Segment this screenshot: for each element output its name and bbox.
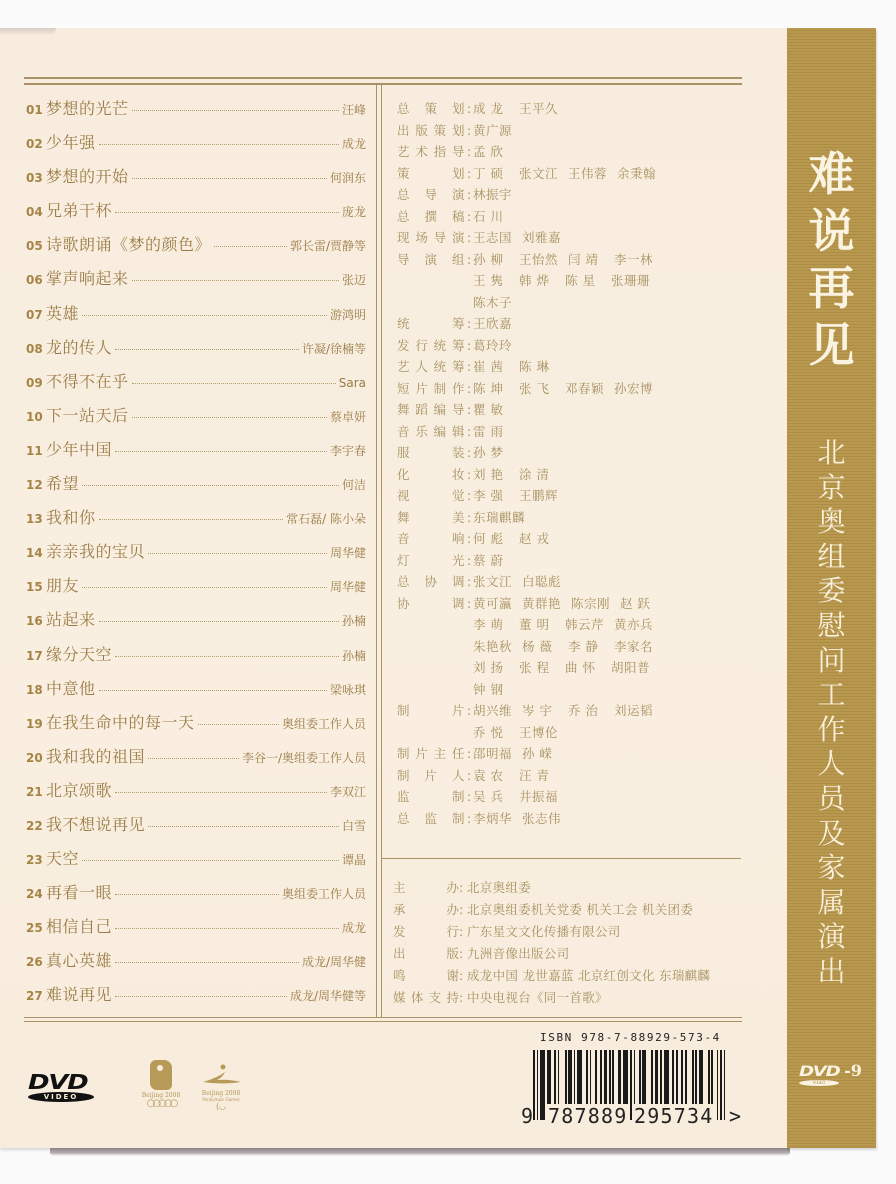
credit-role: 总撰稿 [397,206,467,228]
credit-name: 刘运韬 [614,700,653,722]
sponsor-role: 鸣谢 [393,965,459,987]
credit-names: 孙 梦 [471,442,519,464]
spine-subtitle-char: 委 [787,574,876,609]
track-title: 天空 [46,846,79,869]
track-title: 龙的传人 [46,335,112,358]
track-row[interactable]: 19在我生命中的每一天奥组委工作人员 [26,710,366,744]
beijing-2008-paralympic-logo: Beijing 2008 Paralympic Games (◡ [195,1064,247,1120]
barcode-left-digits: 787889 [547,1104,628,1128]
credit-name: 余秉翰 [617,163,656,185]
track-row[interactable]: 13我和你常石磊/ 陈小朵 [26,505,366,539]
track-title: 中意他 [46,676,96,699]
credit-names: 孙 柳王怡然闫 靖李一林 [471,249,663,271]
sponsor-colon: : [459,877,467,899]
credit-row: 制片:胡兴维岑 宇乔 治刘运韬 [397,700,742,722]
track-number: 01 [26,103,46,117]
track-row[interactable]: 06掌声响起来张迈 [26,266,366,300]
track-number: 02 [26,137,46,151]
credit-row: 王 隽韩 烨陈 星张珊珊 [397,270,742,292]
track-artist: 谭晶 [342,851,366,868]
track-number: 21 [26,785,46,799]
credit-row: 音乐编辑:雷 雨 [397,421,742,443]
track-number: 17 [26,649,46,663]
track-number: 23 [26,853,46,867]
track-row[interactable]: 17缘分天空孙楠 [26,642,366,676]
track-number: 18 [26,683,46,697]
credit-names: 东瑞麒麟 [471,507,535,529]
credit-name: 赵 跃 [620,593,656,615]
credit-row: 化妆:刘 艳涂 清 [397,464,742,486]
top-rule [24,83,742,85]
credit-row: 钟 钢 [397,679,742,701]
track-row[interactable]: 18中意他梁咏琪 [26,676,366,710]
track-row[interactable]: 03梦想的开始何润东 [26,164,366,198]
track-artist: 张迈 [342,271,366,288]
credit-name: 刘雅嘉 [522,227,561,249]
credit-role: 协调 [397,593,467,615]
credit-row: 制片主任:邵明福孙 嵘 [397,743,742,765]
credit-role: 制片主任 [397,743,467,765]
track-row[interactable]: 07英雄游鸿明 [26,301,366,335]
sponsor-colon: : [459,943,467,965]
credit-row: 总策划:成 龙王平久 [397,98,742,120]
spine-subtitle-char: 演 [787,920,876,955]
track-artist: Sara [339,376,366,390]
paralympic-caption: Beijing 2008 [195,1090,247,1097]
credit-name: 曲 怀 [565,657,601,679]
credit-row: 短片制作:陈 坤张 飞邓春颖孙宏博 [397,378,742,400]
track-row[interactable]: 09不得不在乎Sara [26,369,366,403]
credit-names: 崔 茜陈 琳 [471,356,565,378]
credit-name: 张文江 [473,571,512,593]
credit-name: 李家名 [614,636,653,658]
credit-names: 钟 钢 [471,679,519,701]
credit-name: 邓春颖 [565,378,604,400]
track-number: 06 [26,273,46,287]
credit-role [397,657,467,679]
credit-role: 艺人统筹 [397,356,467,378]
track-number: 24 [26,887,46,901]
dot-leader [99,690,327,691]
track-row[interactable]: 11少年中国李宇春 [26,437,366,471]
credit-name: 张志伟 [522,808,561,830]
track-number: 03 [26,171,46,185]
credit-row: 陈木子 [397,292,742,314]
track-number: 05 [26,239,46,253]
track-artist: 郭长雷/贾静等 [290,237,366,254]
track-number: 25 [26,921,46,935]
credit-role: 统筹 [397,313,467,335]
sponsor-row: 出版:九洲音像出版公司 [393,943,743,965]
credit-names: 石 川 [471,206,519,228]
track-number: 11 [26,444,46,458]
credit-row: 监制:吴 兵井振福 [397,786,742,808]
dot-leader [148,758,239,759]
spine-subtitle-char: 奥 [787,505,876,540]
credit-row: 服装:孙 梦 [397,442,742,464]
spine-subtitle-char: 出 [787,955,876,990]
dot-leader [198,724,279,725]
track-row[interactable]: 26真心英雄成龙/周华健 [26,948,366,982]
bottom-rule [24,1017,742,1018]
track-title: 缘分天空 [46,642,112,665]
credit-names: 李 萌董 明韩云芹黄亦兵 [471,614,663,636]
credit-role: 监制 [397,786,467,808]
track-number: 04 [26,205,46,219]
track-title: 难说再见 [46,982,112,1005]
credit-row: 艺人统筹:崔 茜陈 琳 [397,356,742,378]
credit-row: 现场导演:王志国刘雅嘉 [397,227,742,249]
spine-subtitle-char: 属 [787,886,876,921]
track-number: 27 [26,989,46,1003]
spine-subtitle-char: 及 [787,817,876,852]
track-artist: 何洁 [342,476,366,493]
barcode-first-digit: 9 [521,1104,533,1128]
credit-role: 总策划 [397,98,467,120]
track-row[interactable]: 15朋友周华健 [26,573,366,607]
credit-name: 刘 艳 [473,464,509,486]
credit-name: 孙 嵘 [522,743,558,765]
sponsor-value: 广东星文文化传播有限公司 [467,921,621,943]
spine-title-char: 见 [787,317,876,374]
dot-leader [115,212,339,213]
credit-names: 乔 悦王博伦 [471,722,568,744]
spine-dvd9-logo: DVD-9 VIDEO [799,1061,869,1086]
credit-name: 东瑞麒麟 [473,507,525,529]
credits-list: 总策划:成 龙王平久出版策划:黄广源艺术指导:孟 欣策划:丁 硕张文江王伟蓉余秉… [397,98,742,829]
track-number: 22 [26,819,46,833]
credit-name: 孟 欣 [473,141,509,163]
track-title: 再看一眼 [46,880,112,903]
credit-role: 出版策划 [397,120,467,142]
credit-row: 统筹:王欣嘉 [397,313,742,335]
credit-name: 蔡 蔚 [473,550,509,572]
track-row[interactable]: 16站起来孙楠 [26,607,366,641]
track-artist: 成龙 [342,919,366,936]
column-divider [376,83,377,1018]
credit-role: 发行统筹 [397,335,467,357]
track-artist: 何润东 [330,169,366,186]
barcode-arrow: > [729,1104,741,1128]
credit-row: 舞蹈编导:瞿 敏 [397,399,742,421]
sponsor-colon: : [459,921,467,943]
credit-name: 陈 琳 [519,356,555,378]
credit-row: 制片人:袁 农汪 青 [397,765,742,787]
credit-row: 协调:黄可瀛黄群艳陈宗刚赵 跃 [397,593,742,615]
credit-name: 杨 薇 [522,636,558,658]
credit-name: 董 明 [519,614,555,636]
credit-row: 乔 悦王博伦 [397,722,742,744]
dot-leader [115,894,279,895]
dot-leader [115,656,339,657]
credit-names: 王 隽韩 烨陈 星张珊珊 [471,270,660,292]
track-title: 不得不在乎 [46,369,129,392]
credit-name: 胡阳普 [611,657,650,679]
credit-name: 王鹏辉 [519,485,558,507]
spine-subtitle-char: 慰 [787,609,876,644]
track-number: 14 [26,546,46,560]
credit-name: 井振福 [519,786,558,808]
credit-names: 陈 坤张 飞邓春颖孙宏博 [471,378,663,400]
credit-name: 邵明福 [473,743,512,765]
track-title: 希望 [46,471,79,494]
sponsor-role: 承办 [393,899,459,921]
track-title: 站起来 [46,607,96,630]
credit-role: 现场导演 [397,227,467,249]
track-row[interactable]: 27难说再见成龙/周华健等 [26,982,366,1016]
track-row[interactable]: 04兄弟干杯庞龙 [26,198,366,232]
credit-name: 李一林 [614,249,653,271]
credit-names: 朱艳秋杨 薇李 静李家名 [471,636,663,658]
column-divider [381,83,382,1018]
credit-name: 韩云芹 [565,614,604,636]
track-artist: 常石磊/ 陈小朵 [286,510,366,527]
sponsor-value: 九洲音像出版公司 [467,943,569,965]
credit-name: 汪 青 [519,765,555,787]
track-number: 09 [26,376,46,390]
credits-divider [381,858,741,859]
track-artist: 孙楠 [342,647,366,664]
dot-leader [132,110,339,111]
credit-name: 王 隽 [473,270,509,292]
barcode-right-digits: 295734 [633,1104,714,1128]
dot-leader [148,553,327,554]
credit-role: 短片制作 [397,378,467,400]
beijing-2008-olympic-logo: Beijing 2008 ○○○○○ [137,1060,185,1120]
track-list: 01梦想的光芒汪峰02少年强成龙03梦想的开始何润东04兄弟干杯庞龙05诗歌朗诵… [26,96,366,1017]
credit-names: 成 龙王平久 [471,98,568,120]
credit-row: 导演组:孙 柳王怡然闫 靖李一林 [397,249,742,271]
sponsor-value: 中央电视台《同一首歌》 [467,987,608,1009]
credit-row: 总撰稿:石 川 [397,206,742,228]
credit-names: 雷 雨 [471,421,519,443]
credit-role [397,636,467,658]
spine-title-char: 难 [787,146,876,203]
dot-leader [132,178,327,179]
credit-row: 发行统筹:葛玲玲 [397,335,742,357]
sponsor-role: 发行 [393,921,459,943]
dot-leader [115,962,299,963]
sponsor-colon: : [459,965,467,987]
track-title: 兄弟干杯 [46,198,112,221]
track-artist: 游鸿明 [330,306,366,323]
credit-row: 音响:何 彪赵 戎 [397,528,742,550]
dot-leader [99,519,284,520]
credit-name: 韩 烨 [519,270,555,292]
credit-row: 总协调:张文江白聪彪 [397,571,742,593]
dot-leader [115,928,339,929]
credit-role [397,679,467,701]
spine-subtitle-char: 北 [787,436,876,471]
track-artist: 白雪 [342,817,366,834]
track-row[interactable]: 08龙的传人许凝/徐楠等 [26,335,366,369]
sponsor-value: 成龙中国 龙世嘉蓝 北京红创文化 东瑞麒麟 [467,965,710,987]
credit-name: 崔 茜 [473,356,509,378]
credit-name: 孙 梦 [473,442,509,464]
track-title: 亲亲我的宝贝 [46,539,145,562]
credit-name: 岑 宇 [522,700,558,722]
track-artist: 庞龙 [342,203,366,220]
track-row[interactable]: 14亲亲我的宝贝周华健 [26,539,366,573]
track-row[interactable]: 25相信自己成龙 [26,914,366,948]
track-title: 梦想的光芒 [46,96,129,119]
credit-role: 灯光 [397,550,467,572]
track-number: 16 [26,614,46,628]
credit-name: 袁 农 [473,765,509,787]
track-artist: 李谷一/奥组委工作人员 [242,749,366,766]
credit-name: 石 川 [473,206,509,228]
credit-name: 何 彪 [473,528,509,550]
credit-name: 吴 兵 [473,786,509,808]
track-row[interactable]: 23天空谭晶 [26,846,366,880]
credit-role: 音乐编辑 [397,421,467,443]
credit-role: 策划 [397,163,467,185]
track-number: 26 [26,955,46,969]
credit-role: 舞美 [397,507,467,529]
track-artist: 许凝/徐楠等 [302,340,366,357]
credit-names: 黄可瀛黄群艳陈宗刚赵 跃 [471,593,666,615]
track-title: 诗歌朗诵《梦的颜色》 [46,232,211,255]
credit-role: 艺术指导 [397,141,467,163]
spine-subtitle-char: 作 [787,713,876,748]
credit-row: 总导演:林振宇 [397,184,742,206]
dot-leader [115,792,327,793]
credit-name: 黄群艳 [522,593,561,615]
credit-name: 钟 钢 [473,679,509,701]
credit-names: 李炳华张志伟 [471,808,571,830]
track-artist: 成龙 [342,135,366,152]
credit-names: 瞿 敏 [471,399,519,421]
track-row[interactable]: 12希望何洁 [26,471,366,505]
track-artist: 李双江 [330,783,366,800]
credit-names: 王志国刘雅嘉 [471,227,571,249]
credit-row: 总监制:李炳华张志伟 [397,808,742,830]
credit-name: 陈 坤 [473,378,509,400]
credit-names: 胡兴维岑 宇乔 治刘运韬 [471,700,663,722]
track-row[interactable]: 22我不想说再见白雪 [26,812,366,846]
credit-names: 蔡 蔚 [471,550,519,572]
credit-name: 张 程 [519,657,555,679]
credit-names: 王欣嘉 [471,313,522,335]
credit-name: 王怡然 [519,249,558,271]
credit-name: 白聪彪 [522,571,561,593]
dot-leader [214,246,287,247]
credit-name: 乔 治 [568,700,604,722]
credit-names: 张文江白聪彪 [471,571,571,593]
credit-row: 李 萌董 明韩云芹黄亦兵 [397,614,742,636]
sponsor-row: 承办:北京奥组委机关党委 机关工会 机关团委 [393,899,743,921]
olympic-rings-icon: ○○○○○ [137,1099,185,1109]
credit-name: 雷 雨 [473,421,509,443]
dvd-video-logo: DVD VIDEO [28,1073,98,1103]
isbn-label: ISBN 978-7-88929-573-4 [540,1031,721,1044]
dot-leader [132,417,327,418]
dot-leader [82,587,327,588]
spine-dvd-text: DVD [799,1064,839,1080]
credit-row: 刘 扬张 程曲 怀胡阳普 [397,657,742,679]
credit-role: 总监制 [397,808,467,830]
track-artist: 孙楠 [342,612,366,629]
track-number: 15 [26,580,46,594]
track-artist: 成龙/周华健 [302,953,366,970]
dot-leader [115,349,299,350]
track-title: 少年强 [46,130,96,153]
credit-names: 李 强王鹏辉 [471,485,568,507]
credit-name: 黄亦兵 [614,614,653,636]
spine: 难说再见 北京奥组委慰问工作人员及家属演出 DVD-9 VIDEO [787,28,876,1148]
track-row[interactable]: 24再看一眼奥组委工作人员 [26,880,366,914]
track-artist: 梁咏琪 [330,681,366,698]
spine-subtitle-char: 人 [787,747,876,782]
sponsor-row: 发行:广东星文文化传播有限公司 [393,921,743,943]
track-artist: 奥组委工作人员 [282,885,366,902]
track-title: 朋友 [46,573,79,596]
bottom-rule [24,1021,742,1022]
credit-name: 瞿 敏 [473,399,509,421]
sponsor-value: 北京奥组委机关党委 机关工会 机关团委 [467,899,693,921]
credit-row: 视觉:李 强王鹏辉 [397,485,742,507]
track-title: 下一站天后 [46,403,129,426]
barcode-bar [724,1050,726,1120]
track-row[interactable]: 10下一站天后蔡卓妍 [26,403,366,437]
credit-name: 胡兴维 [473,700,512,722]
credit-names: 陈木子 [471,292,522,314]
track-number: 08 [26,342,46,356]
credit-name: 陈木子 [473,292,512,314]
credit-name: 陈 星 [565,270,601,292]
credit-role: 视觉 [397,485,467,507]
track-artist: 周华健 [330,578,366,595]
credit-names: 何 彪赵 戎 [471,528,565,550]
sponsor-colon: : [459,987,467,1009]
credit-names: 葛玲玲 [471,335,522,357]
spine-subtitle-char: 家 [787,851,876,886]
track-row[interactable]: 20我和我的祖国李谷一/奥组委工作人员 [26,744,366,778]
credit-names: 刘 艳涂 清 [471,464,565,486]
dot-leader [82,860,339,861]
track-row[interactable]: 05诗歌朗诵《梦的颜色》郭长雷/贾静等 [26,232,366,266]
credit-name: 闫 靖 [568,249,604,271]
spine-dvd-suffix: -9 [844,1061,862,1080]
sponsors-list: 主办:北京奥组委承办:北京奥组委机关党委 机关工会 机关团委发行:广东星文文化传… [393,877,743,1009]
credit-name: 成 龙 [473,98,509,120]
credit-name: 王伟蓉 [568,163,607,185]
track-artist: 成龙/周华健等 [290,987,366,1004]
paralympic-emblem-icon [199,1064,243,1086]
track-number: 07 [26,308,46,322]
dot-leader [99,621,339,622]
credit-name: 孙 柳 [473,249,509,271]
track-title: 北京颂歌 [46,778,112,801]
credit-name: 王博伦 [519,722,558,744]
credit-row: 艺术指导:孟 欣 [397,141,742,163]
credit-name: 李 萌 [473,614,509,636]
sponsor-colon: : [459,899,467,921]
track-title: 少年中国 [46,437,112,460]
track-row[interactable]: 01梦想的光芒汪峰 [26,96,366,130]
credit-name: 李 强 [473,485,509,507]
credit-name: 乔 悦 [473,722,509,744]
credit-name: 黄广源 [473,120,512,142]
credit-name: 张文江 [519,163,558,185]
credit-names: 袁 农汪 青 [471,765,565,787]
track-row[interactable]: 21北京颂歌李双江 [26,778,366,812]
track-row[interactable]: 02少年强成龙 [26,130,366,164]
track-title: 我和我的祖国 [46,744,145,767]
dot-leader [82,485,339,486]
dot-leader [115,996,287,997]
credit-name: 张珊珊 [611,270,650,292]
